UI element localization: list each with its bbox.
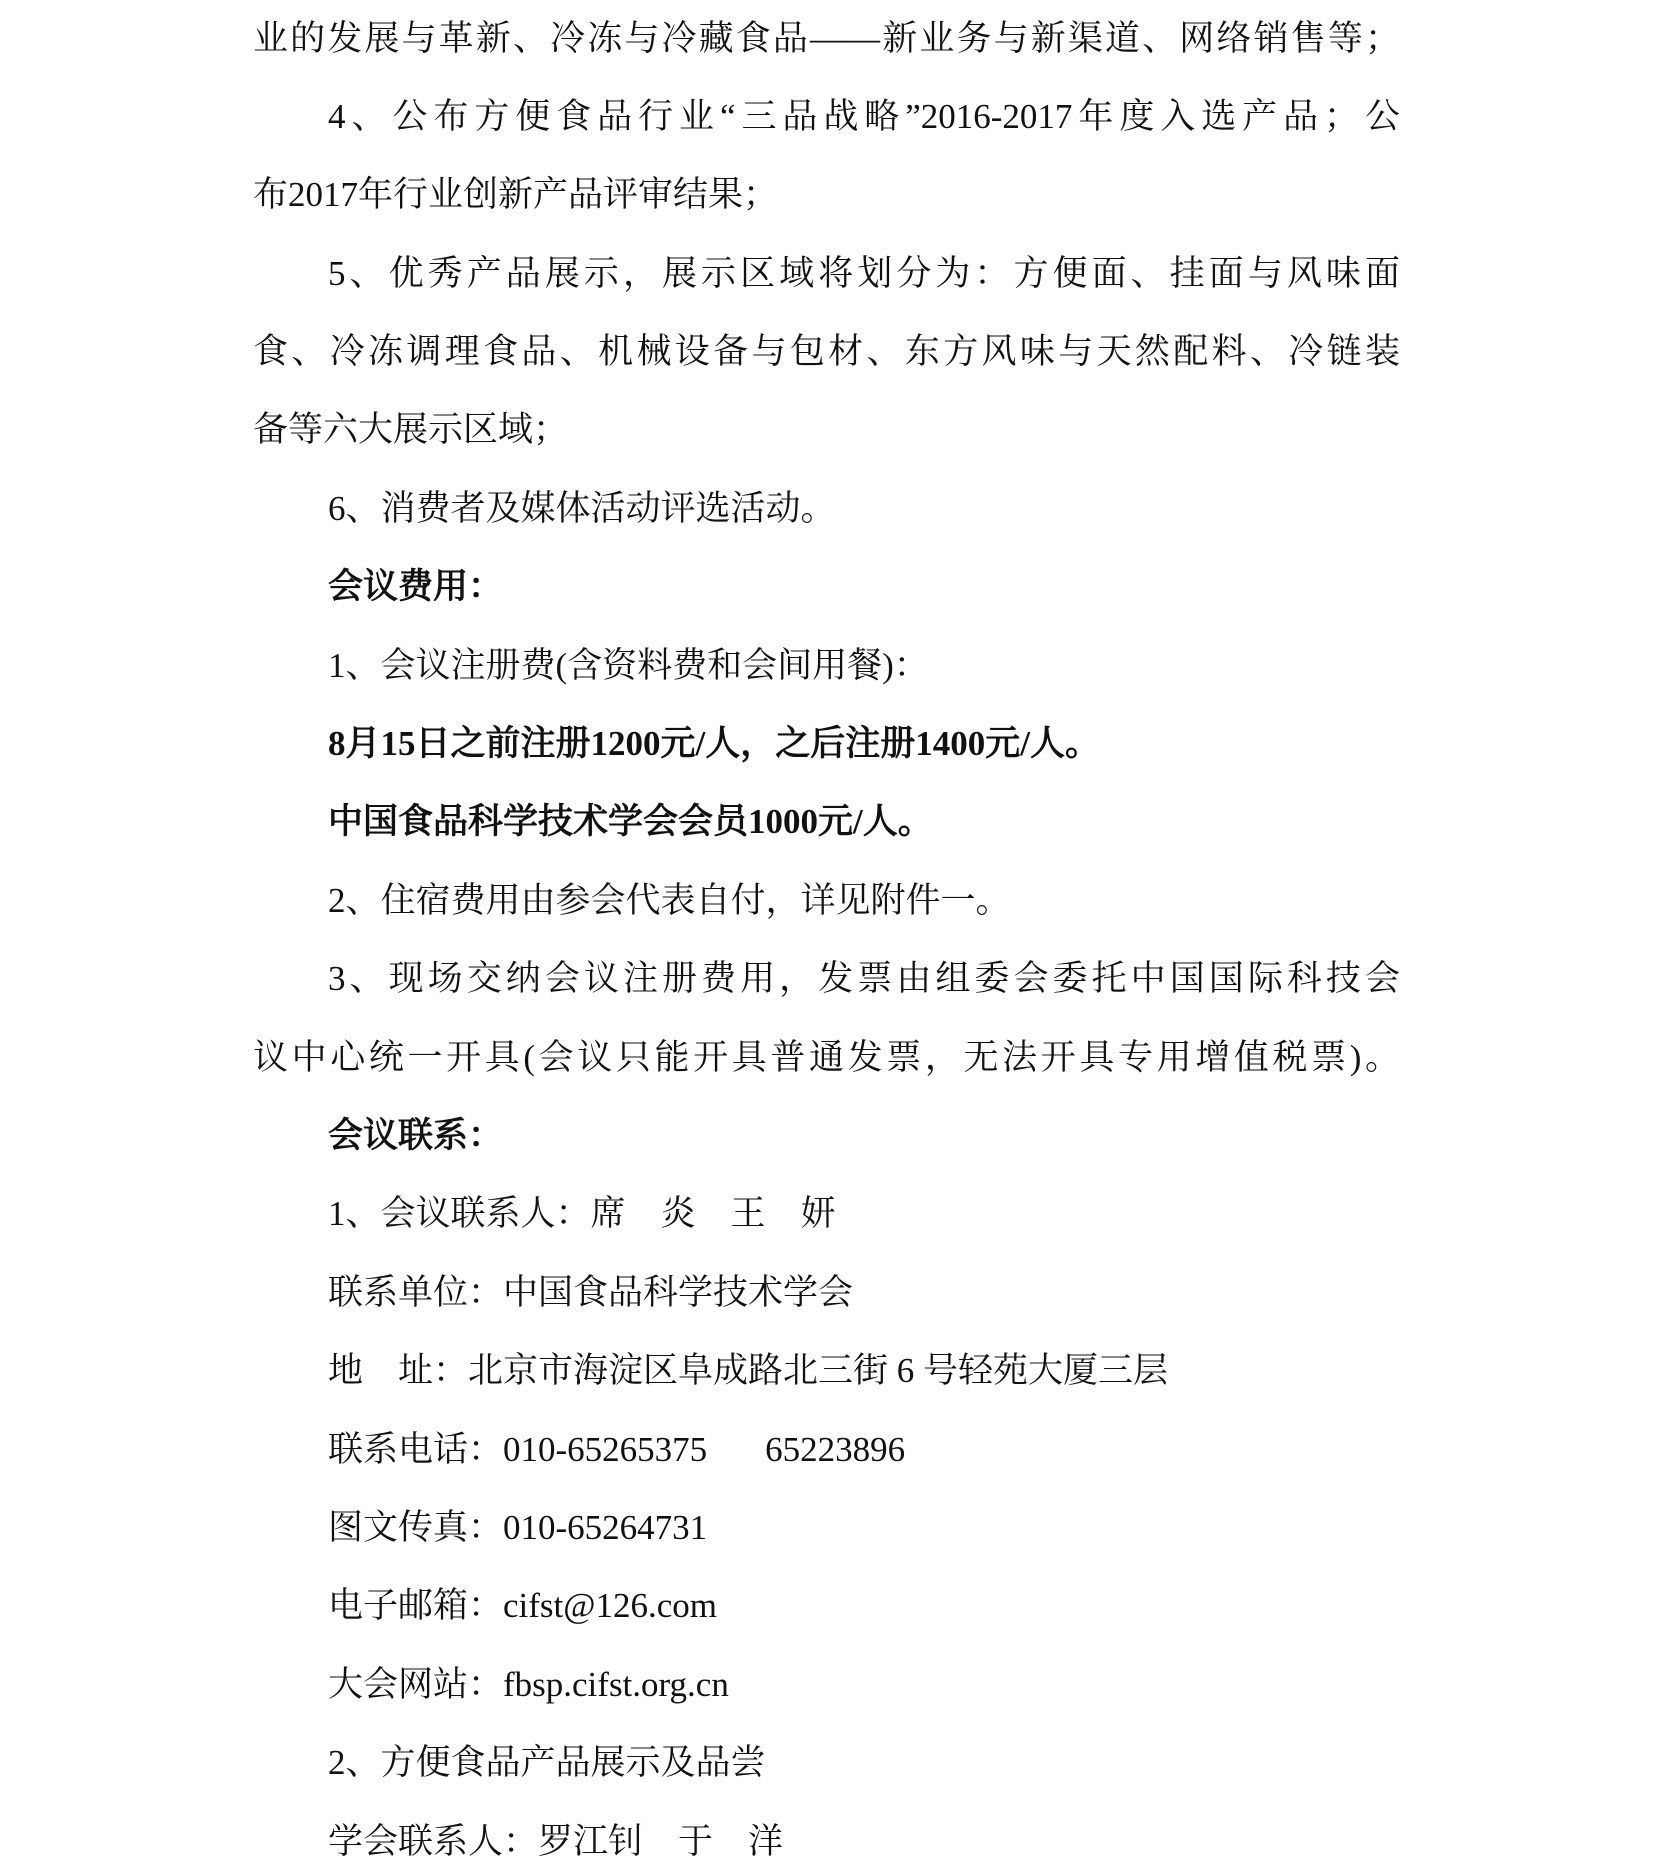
fees-item-1-member-price: 中国食品科学技术学会会员1000元/人。	[328, 800, 933, 844]
society-contacts: 学会联系人：罗江钊 于 洋	[328, 1820, 783, 1860]
contact-organization: 联系单位：中国食品科学技术学会	[328, 1271, 853, 1315]
contact-heading: 会议联系：	[328, 1114, 503, 1158]
phone-label: 联系电话：	[328, 1430, 503, 1469]
contact-fax: 图文传真：010-65264731	[328, 1506, 707, 1550]
fees-item-1-price: 8月15日之前注册1200元/人，之后注册1400元/人。	[328, 722, 1100, 766]
fees-item-3-continuation: 议中心统一开具(会议只能开具普通发票，无法开具专用增值税票)。	[253, 1036, 1400, 1080]
contact-website: 大会网站：fbsp.cifst.org.cn	[328, 1663, 729, 1707]
contact-phone: 联系电话：010-6526537565223896	[328, 1428, 905, 1472]
contact-persons: 1、会议联系人：席 炎 王 妍	[328, 1192, 836, 1236]
agenda-item-5-end: 备等六大展示区域；	[253, 408, 568, 452]
phone-number-2: 65223896	[765, 1430, 905, 1469]
document-page: 业的发展与革新、冷冻与冷藏食品——新业务与新渠道、网络销售等； 4、公布方便食品…	[0, 0, 1654, 1860]
agenda-item-6: 6、消费者及媒体活动评选活动。	[328, 487, 836, 531]
contact-address: 地 址：北京市海淀区阜成路北三街 6 号轻苑大厦三层	[328, 1349, 1168, 1393]
fees-item-1: 1、会议注册费(含资料费和会间用餐)：	[328, 644, 929, 688]
fees-heading: 会议费用：	[328, 565, 503, 609]
agenda-item-5-continuation: 食、冷冻调理食品、机械设备与包材、东方风味与天然配料、冷链装	[253, 330, 1400, 374]
contact-item-2: 2、方便食品产品展示及品尝	[328, 1741, 766, 1785]
fees-item-3: 3、现场交纳会议注册费用，发票由组委会委托中国国际科技会	[328, 957, 1400, 1001]
agenda-item-5: 5、优秀产品展示，展示区域将划分为：方便面、挂面与风味面	[328, 252, 1400, 296]
agenda-item-3-continuation: 业的发展与革新、冷冻与冷藏食品——新业务与新渠道、网络销售等；	[253, 17, 1400, 61]
fees-item-2: 2、住宿费用由参会代表自付，详见附件一。	[328, 879, 1011, 923]
contact-email: 电子邮箱：cifst@126.com	[328, 1584, 717, 1628]
agenda-item-4: 4、公布方便食品行业“三品战略”2016-2017年度入选产品；公	[328, 95, 1400, 139]
phone-number-1: 010-65265375	[503, 1430, 707, 1469]
agenda-item-4-continuation: 布2017年行业创新产品评审结果；	[253, 173, 778, 217]
